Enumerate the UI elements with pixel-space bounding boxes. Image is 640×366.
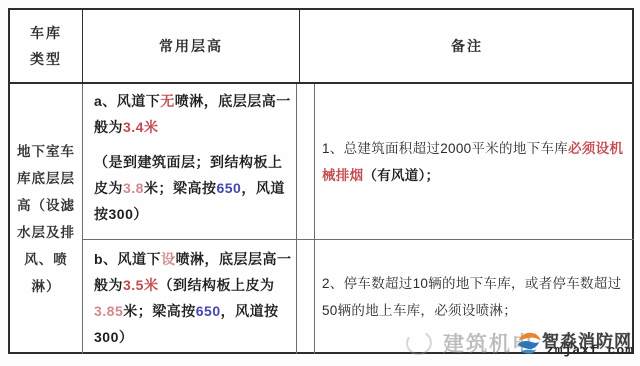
- brand-logo-icon: [515, 329, 543, 357]
- garage-height-table-page: 车库类型 常用层高 备注 地下室车库底层层高（设滤水层及排风、喷淋） a、风道下…: [0, 0, 640, 366]
- header-cell-common-height: 常用层高: [83, 10, 299, 82]
- body-vline-2: [296, 84, 297, 354]
- header-cell-garage-type: 车库类型: [10, 10, 82, 82]
- remark-2-text: 2、停车数超过10辆的地下车库，或者停车数超过50辆的地上车库，必须设喷淋；: [322, 270, 628, 324]
- category-cell: 地下室车库底层层高（设滤水层及排风、喷淋）: [10, 84, 82, 354]
- header-cell-remarks: 备注: [300, 10, 634, 82]
- height-cell-b: b、风道下设喷淋，底层层高一般为3.5米（到结构板上皮为3.85米；梁高按650…: [94, 246, 294, 350]
- remark-cell-1: 1、总建筑面积超过2000平米的地下车库必须设机械排烟（有风道）；: [322, 84, 628, 239]
- body-vline-3: [314, 84, 315, 354]
- height-cell-a: a、风道下无喷淋，底层层高一般为3.4米 （是到建筑面层；到结构板上皮为3.8米…: [94, 88, 292, 227]
- watermark-url-text: zmjaxf.com: [546, 343, 634, 358]
- body-vline-1: [82, 84, 83, 354]
- height-a-paragraph-2: （是到建筑面层；到结构板上皮为3.8米；梁高按650，风道按300）: [94, 149, 292, 227]
- category-label: 地下室车库底层层高（设滤水层及排风、喷淋）: [15, 138, 77, 300]
- remark-1-text: 1、总建筑面积超过2000平米的地下车库必须设机械排烟（有风道）；: [322, 135, 628, 189]
- header-label-common-height: 常用层高: [159, 36, 223, 56]
- header-label-remarks: 备注: [451, 36, 483, 56]
- header-label-garage-type: 车库类型: [25, 20, 67, 72]
- height-b-paragraph: b、风道下设喷淋，底层层高一般为3.5米（到结构板上皮为3.85米；梁高按650…: [94, 246, 294, 350]
- height-a-paragraph-1: a、风道下无喷淋，底层层高一般为3.4米: [94, 88, 292, 140]
